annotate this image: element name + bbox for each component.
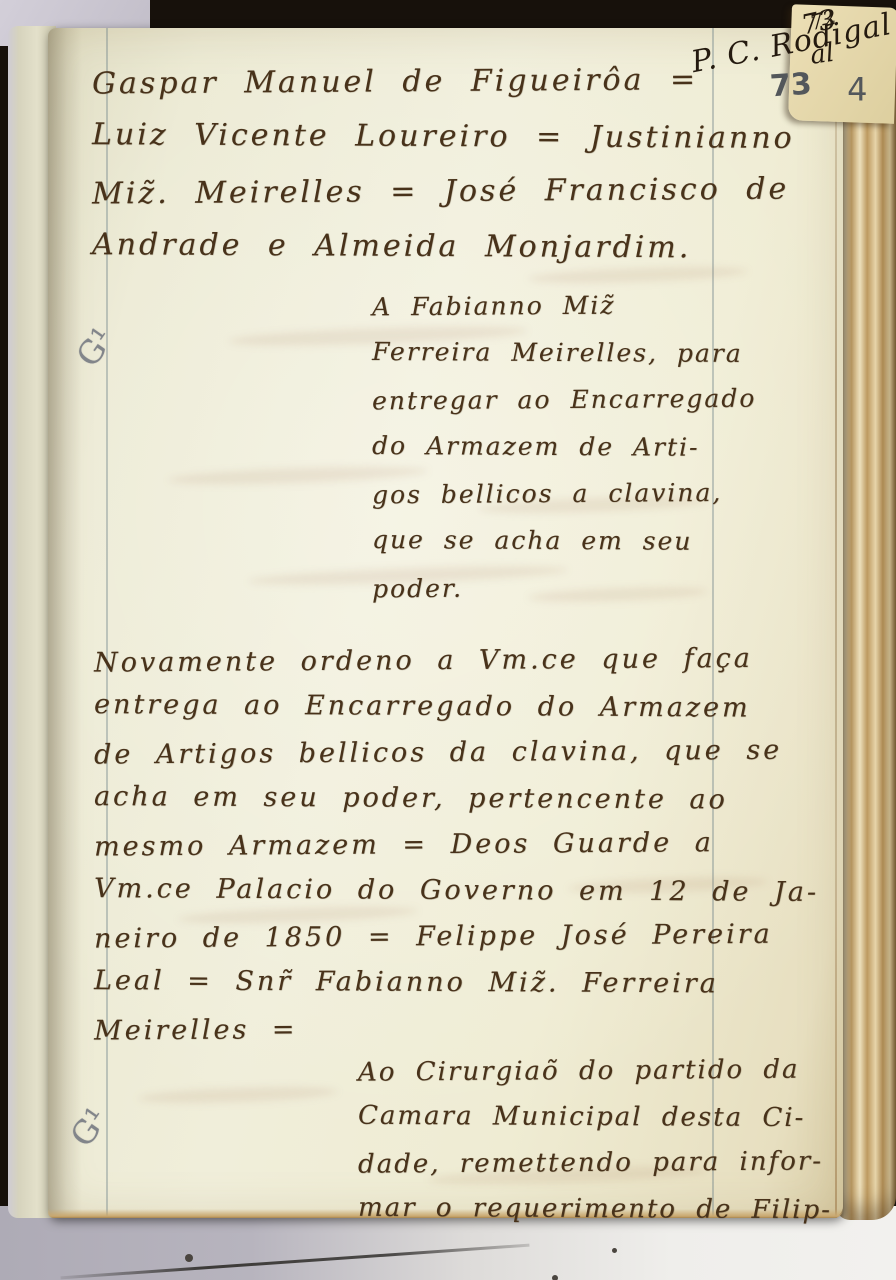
- manuscript-line: que se acha em seu: [372, 516, 757, 565]
- ink-bleed-through: [138, 1085, 338, 1106]
- paragraph-marginal-note-2: Ao Cirurgiaõ do partido da Camara Munici…: [358, 1048, 832, 1232]
- manuscript-line: Novamente ordeno a Vm.ce que faça: [94, 635, 819, 686]
- manuscript-page: G¹ G¹ Gaspar Manuel de Figueirôa = Luiz …: [48, 28, 843, 1218]
- table-speck: [185, 1254, 193, 1262]
- manuscript-line: mar o requerimento de Filip-: [358, 1185, 832, 1233]
- paragraph-marginal-note-1: A Fabianno Miz̃ Ferreira Meirelles, para…: [372, 282, 756, 611]
- manuscript-line: Ferreira Meirelles, para: [372, 328, 757, 377]
- manuscript-line: Leal = Snr̃ Fabianno Miz̃. Ferreira: [94, 958, 819, 1008]
- manuscript-line: neiro de 1850 = Felippe José Pereira: [94, 911, 819, 962]
- paragraph-order-text: Novamente ordeno a Vm.ce que faça entreg…: [94, 638, 819, 1052]
- manuscript-line: gos bellicos a clavina,: [372, 469, 757, 519]
- binding-gutter-shadow: [48, 28, 82, 1218]
- table-speck: [612, 1248, 617, 1253]
- manuscript-line: dade, remettendo para infor-: [358, 1138, 832, 1187]
- folio-number-pencil-current: 73: [769, 67, 813, 105]
- manuscript-line: do Armazem de Arti-: [372, 422, 757, 471]
- manuscript-line: mesmo Armazem = Deos Guarde a: [94, 819, 819, 870]
- book-corner-stack: 73 al 4 P. C. Rodigal 72 73: [688, 0, 896, 132]
- manuscript-line: Camara Municipal desta Ci-: [358, 1093, 832, 1141]
- table-speck: [552, 1275, 558, 1280]
- manuscript-line: de Artigos bellicos da clavina, que se: [94, 727, 819, 778]
- manuscript-line: acha em seu poder, pertencente ao: [94, 774, 819, 824]
- manuscript-line: Andrade e Almeida Monjardim.: [92, 217, 795, 276]
- page-crease: [835, 28, 837, 1218]
- manuscript-line: poder.: [372, 563, 757, 613]
- manuscript-line: entrega ao Encarregado do Armazem: [94, 682, 819, 732]
- book-fore-edge-pages: [836, 24, 896, 1220]
- manuscript-line: Miz̃. Meirelles = José Francisco de: [92, 162, 795, 222]
- folio-number-pencil-next: 4: [847, 71, 867, 109]
- manuscript-line: entregar ao Encarregado: [372, 375, 757, 425]
- manuscript-line: Ao Cirurgiaõ do partido da: [358, 1046, 832, 1095]
- manuscript-line: A Fabianno Miz̃: [372, 281, 757, 331]
- manuscript-line: Vm.ce Palacio do Governo em 12 de Ja-: [94, 866, 819, 916]
